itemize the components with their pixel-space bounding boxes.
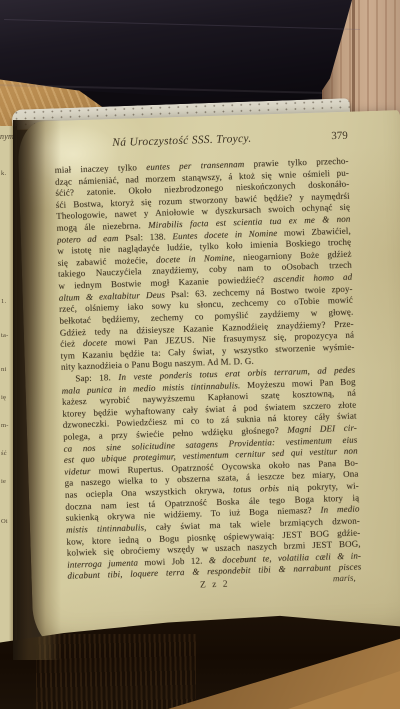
latin-italic-text: docete (83, 337, 108, 348)
latin-italic-text: ascendit homo ad (273, 272, 352, 284)
facing-page-text-fragment: ię (1, 394, 6, 401)
latin-italic-text: potero ad eam (57, 233, 119, 245)
wood-grain-dark (36, 634, 196, 709)
body-text: mowi Job 12. (138, 555, 209, 567)
body-text: miał inaczey tylko (55, 162, 147, 175)
facing-page-text-fragment: ie (1, 478, 6, 485)
catchword: maris, (333, 573, 356, 584)
latin-italic-text: mistis tintinnabulis (66, 522, 144, 534)
wood-grain-line (352, 0, 355, 120)
body-text: Sap: 18. (75, 372, 118, 383)
body-text: mowi Zbawićiel, (277, 225, 351, 237)
facing-page-text-fragment: nym (0, 132, 14, 141)
facing-page-text-fragment: iał (14, 132, 17, 141)
latin-italic-text: interroga jumenta (67, 557, 138, 569)
facing-page-text-fragment: ta- (1, 332, 8, 339)
latin-italic-text: In medio (320, 504, 359, 515)
facing-page-text-fragment: Oi (1, 518, 8, 525)
body-text: ćież (60, 338, 83, 349)
page-number: 379 (296, 130, 348, 148)
facing-page-text-fragment: m- (1, 422, 9, 429)
text-block: miał inaczey tylko euntes per transennam… (55, 156, 362, 583)
body-text: mogą ále niezebrna. (56, 220, 148, 233)
facing-page-text-fragment: ni (1, 366, 6, 373)
facing-page-sliver: k.1.ta-niięm-śćieOinymiał (0, 126, 17, 648)
latin-italic-text: videtur (64, 466, 91, 477)
facing-page-text-fragment: 1. (1, 298, 6, 305)
book-page: Ná Uroczystość SSS. Troycy. 379 miał ina… (17, 110, 400, 652)
body-text: nią pokryty, wi- (279, 481, 359, 494)
latin-italic-text: totus orbis (233, 483, 279, 494)
facing-page-text-fragment: ść (1, 450, 7, 457)
latin-italic-text: docete in Nomine (156, 252, 233, 264)
latin-italic-text: Magni DEI cir- (287, 423, 357, 435)
body-text: Psal: 138. (118, 231, 172, 243)
facing-page-text-fragment: k. (1, 170, 6, 177)
book-photo-scene: Ná Uroczystość SSS. Troycy. 379 miał ina… (0, 0, 400, 709)
